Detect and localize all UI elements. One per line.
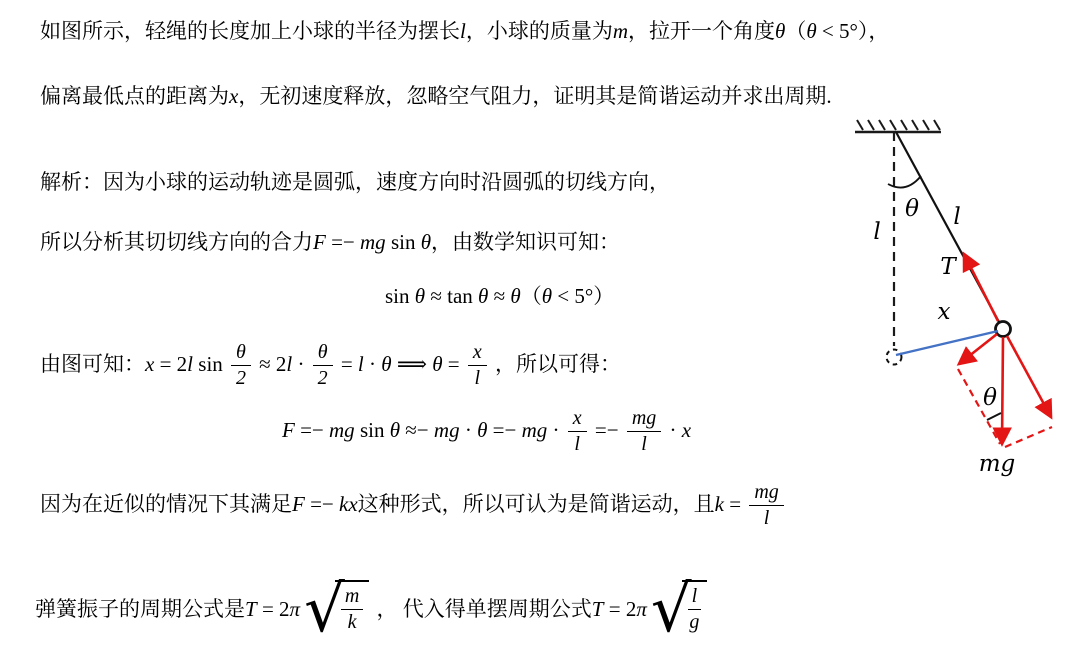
length-left-label: l (873, 219, 880, 245)
radial-component-vector (1007, 336, 1051, 417)
physics-worksheet-page: 如图所示，轻绳的长度加上小球的半径为摆长l，小球的质量为m，拉开一个角度θ（θ … (0, 0, 1080, 657)
length-right-label: l (953, 204, 960, 230)
theta-top-label: θ (905, 196, 919, 222)
theta-bottom-angle-tick (987, 413, 1001, 420)
ceiling-hatching (855, 120, 941, 132)
parallelogram-dashed-bottom (1005, 427, 1052, 447)
tension-label: T (940, 254, 957, 280)
pendulum-ball (996, 322, 1011, 337)
theta-bottom-label: θ (983, 385, 997, 411)
pendulum-force-diagram: θ l l T x θ mg (0, 0, 1080, 657)
tension-vector (964, 254, 998, 321)
gravity-label: mg (979, 451, 1016, 477)
gravity-vector (1002, 337, 1003, 444)
equilibrium-ball-dashed (887, 350, 902, 365)
displacement-label: x (938, 299, 951, 325)
displacement-chord (896, 331, 998, 355)
